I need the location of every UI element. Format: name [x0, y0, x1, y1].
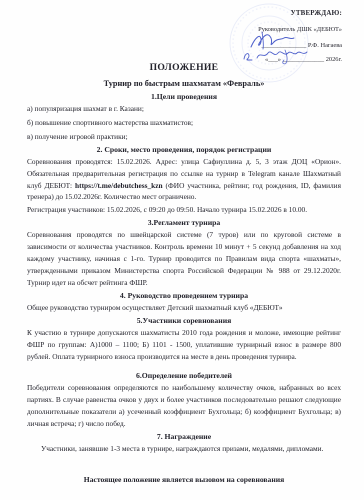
goal-item-a: а) популяризация шахмат в г. Казани;	[27, 103, 341, 115]
approval-block: УТВЕРЖДАЮ: Руководитель ДШК «ДЕБЮТ» ____…	[214, 9, 342, 65]
signer-name: Р.Ф. Нагаева	[308, 42, 342, 49]
goal-item-c: в) получение игровой практики;	[27, 131, 341, 143]
date-line: «___» _____________ 2026г.	[214, 55, 342, 65]
management-paragraph: Общее руководство турниром осуществляет …	[27, 302, 341, 314]
document-page: УТВЕРЖДАЮ: Руководитель ДШК «ДЕБЮТ» ____…	[0, 0, 364, 500]
rules-paragraph: Соревнования проводятся по швейцарской с…	[27, 229, 341, 289]
registration-time-paragraph: Регистрация участников: 15.02.2026, с 09…	[27, 204, 341, 216]
section-heading-dates: 2. Сроки, место проведения, порядок реги…	[27, 145, 341, 154]
participants-paragraph: К участию в турнире допускаются шахматис…	[27, 327, 341, 363]
section-heading-goals: 1.Цели проведения	[27, 92, 341, 101]
section-heading-rules: 3.Регламент турнира	[27, 218, 341, 227]
winners-paragraph: Победители соревнования определяются по …	[27, 382, 341, 430]
approve-label: УТВЕРЖДАЮ:	[214, 9, 342, 19]
section-heading-awards: 7. Награждение	[27, 432, 341, 441]
tournament-subtitle: Турнир по быстрым шахматам «Февраль»	[27, 79, 341, 88]
section-heading-management: 4. Руководство проведением турнира	[27, 291, 341, 300]
section-heading-winners: 6.Определение победителей	[27, 371, 341, 380]
telegram-link[interactable]: https://t.me/debutchess_kzn	[75, 181, 163, 190]
dates-paragraph: Соревнования проводятся: 15.02.2026. Адр…	[27, 156, 341, 204]
signature-line: ______________ Р.Ф. Нагаева	[214, 41, 342, 51]
goal-item-b: б) повышение спортивного мастерства шахм…	[27, 117, 341, 129]
signature-blank: ______________	[262, 42, 307, 49]
document-body: ПОЛОЖЕНИЕ Турнир по быстрым шахматам «Фе…	[27, 62, 341, 484]
footer-note: Настоящее положение является вызовом на …	[27, 475, 341, 484]
section-heading-participants: 5.Участники соревнования	[27, 316, 341, 325]
awards-paragraph: Участники, занявшие 1-3 места в турнире,…	[27, 443, 341, 455]
approver-role: Руководитель ДШК «ДЕБЮТ»	[214, 25, 342, 35]
